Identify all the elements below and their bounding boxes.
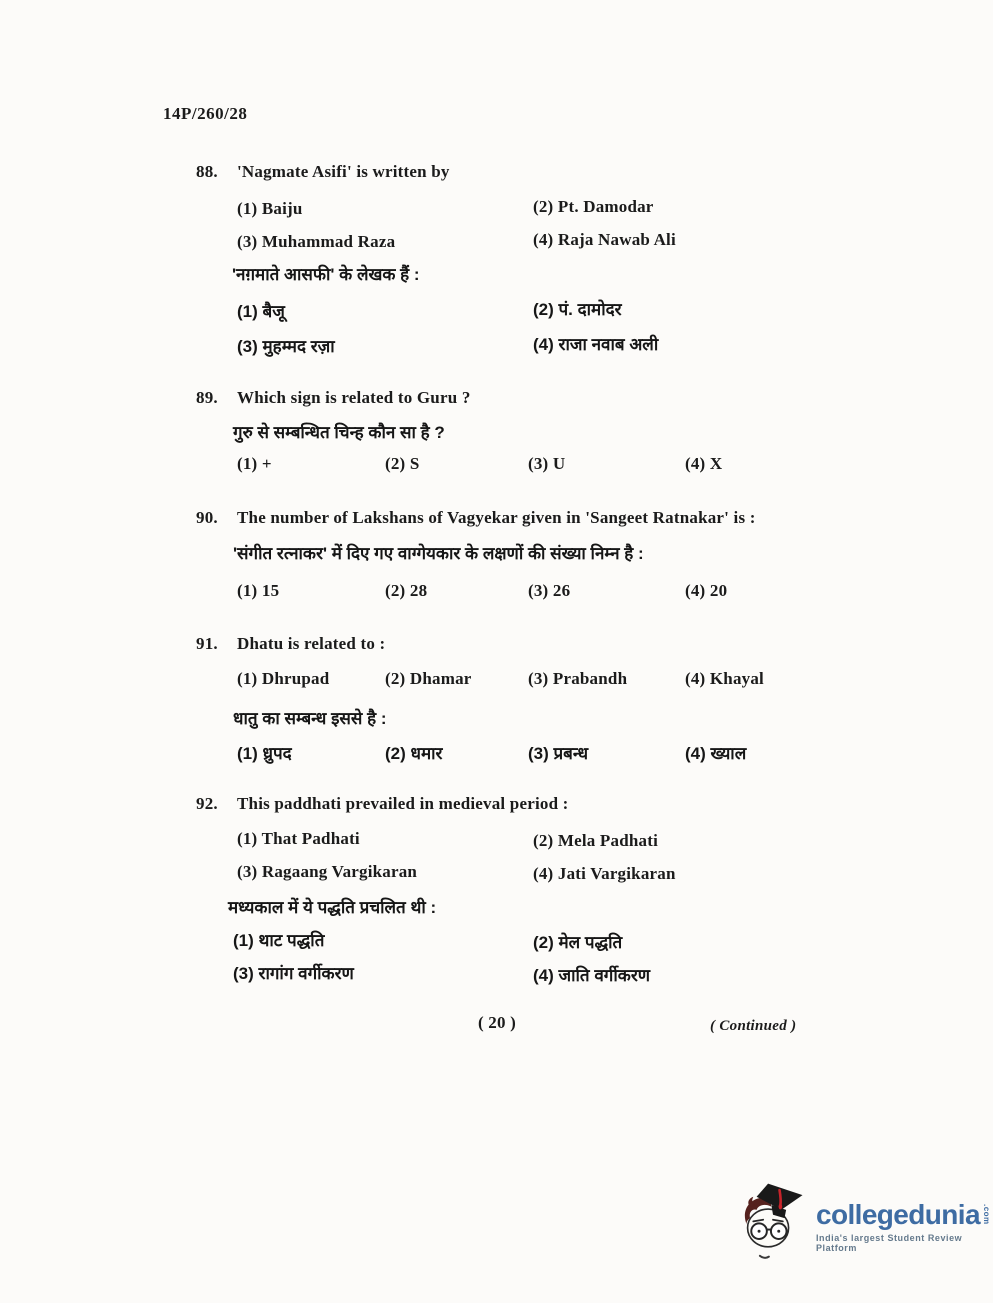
brand-tagline: India's largest Student Review Platform bbox=[816, 1233, 991, 1253]
q88-option-3-en: (3) Muhammad Raza bbox=[237, 232, 395, 252]
q88-option-2-en: (2) Pt. Damodar bbox=[533, 197, 654, 217]
question-88: 88.'Nagmate Asifi' is written by bbox=[196, 162, 450, 182]
question-number: 90. bbox=[196, 508, 237, 528]
q91-option-2-en: (2) Dhamar bbox=[385, 669, 472, 689]
question-text-en: Dhatu is related to : bbox=[237, 634, 385, 653]
q89-option-4: (4) X bbox=[685, 454, 722, 474]
q88-option-3-hi: (3) मुहम्मद रज़ा bbox=[237, 334, 335, 357]
question-number: 92. bbox=[196, 794, 237, 814]
paper-code: 14P/260/28 bbox=[163, 104, 247, 124]
brand-name: collegedunia bbox=[816, 1201, 980, 1229]
q91-option-4-hi: (4) ख्याल bbox=[685, 741, 746, 764]
q91-option-3-hi: (3) प्रबन्ध bbox=[528, 741, 588, 764]
q88-text-hi: 'नग़माते आसफी' के लेखक हैं : bbox=[232, 262, 420, 285]
q92-option-3-en: (3) Ragaang Vargikaran bbox=[237, 862, 417, 882]
q90-option-4: (4) 20 bbox=[685, 581, 727, 601]
q91-option-2-hi: (2) धमार bbox=[385, 741, 442, 764]
q91-text-hi: धातु का सम्बन्ध इससे है : bbox=[233, 706, 387, 729]
question-number: 88. bbox=[196, 162, 237, 182]
q89-option-3: (3) U bbox=[528, 454, 565, 474]
question-text-en: Which sign is related to Guru ? bbox=[237, 388, 471, 407]
q88-option-1-en: (1) Baiju bbox=[237, 199, 303, 219]
q88-option-2-hi: (2) पं. दामोदर bbox=[533, 297, 622, 320]
question-92: 92.This paddhati prevailed in medieval p… bbox=[196, 794, 569, 814]
q92-text-hi: मध्यकाल में ये पद्धति प्रचलित थी : bbox=[228, 895, 436, 918]
q88-option-4-en: (4) Raja Nawab Ali bbox=[533, 230, 676, 250]
q92-option-1-en: (1) That Padhati bbox=[237, 829, 360, 849]
q90-option-2: (2) 28 bbox=[385, 581, 427, 601]
question-text-en: 'Nagmate Asifi' is written by bbox=[237, 162, 450, 181]
q91-option-4-en: (4) Khayal bbox=[685, 669, 764, 689]
brand-tld: .com bbox=[982, 1204, 991, 1225]
mascot-graduate-icon bbox=[732, 1181, 814, 1265]
q91-option-1-en: (1) Dhrupad bbox=[237, 669, 329, 689]
page-number: ( 20 ) bbox=[478, 1013, 516, 1033]
q90-option-3: (3) 26 bbox=[528, 581, 570, 601]
question-text-en: The number of Lakshans of Vagyekar given… bbox=[237, 508, 756, 527]
question-number: 89. bbox=[196, 388, 237, 408]
question-89: 89.Which sign is related to Guru ? bbox=[196, 388, 471, 408]
q89-option-1: (1) + bbox=[237, 454, 272, 474]
q92-option-3-hi: (3) रागांग वर्गीकरण bbox=[233, 961, 354, 984]
q92-option-1-hi: (1) थाट पद्धति bbox=[233, 928, 324, 951]
question-number: 91. bbox=[196, 634, 237, 654]
question-91: 91.Dhatu is related to : bbox=[196, 634, 385, 654]
continued-label: ( Continued ) bbox=[710, 1018, 796, 1035]
q92-option-4-hi: (4) जाति वर्गीकरण bbox=[533, 963, 650, 986]
question-90: 90.The number of Lakshans of Vagyekar gi… bbox=[196, 508, 756, 528]
question-text-en: This paddhati prevailed in medieval peri… bbox=[237, 794, 569, 813]
collegedunia-logo: collegedunia .com India's largest Studen… bbox=[732, 1183, 972, 1269]
q90-option-1: (1) 15 bbox=[237, 581, 279, 601]
q91-option-1-hi: (1) ध्रुपद bbox=[237, 741, 292, 764]
q91-option-3-en: (3) Prabandh bbox=[528, 669, 627, 689]
q89-text-hi: गुरु से सम्बन्धित चिन्ह कौन सा है ? bbox=[233, 420, 445, 443]
q88-option-4-hi: (4) राजा नवाब अली bbox=[533, 332, 658, 355]
q92-option-2-hi: (2) मेल पद्धति bbox=[533, 930, 622, 953]
q92-option-2-en: (2) Mela Padhati bbox=[533, 831, 658, 851]
q90-text-hi: 'संगीत रत्नाकर' में दिए गए वाग्गेयकार के… bbox=[233, 541, 644, 564]
q92-option-4-en: (4) Jati Vargikaran bbox=[533, 864, 676, 884]
q88-option-1-hi: (1) बैजू bbox=[237, 299, 285, 322]
q89-option-2: (2) S bbox=[385, 454, 420, 474]
